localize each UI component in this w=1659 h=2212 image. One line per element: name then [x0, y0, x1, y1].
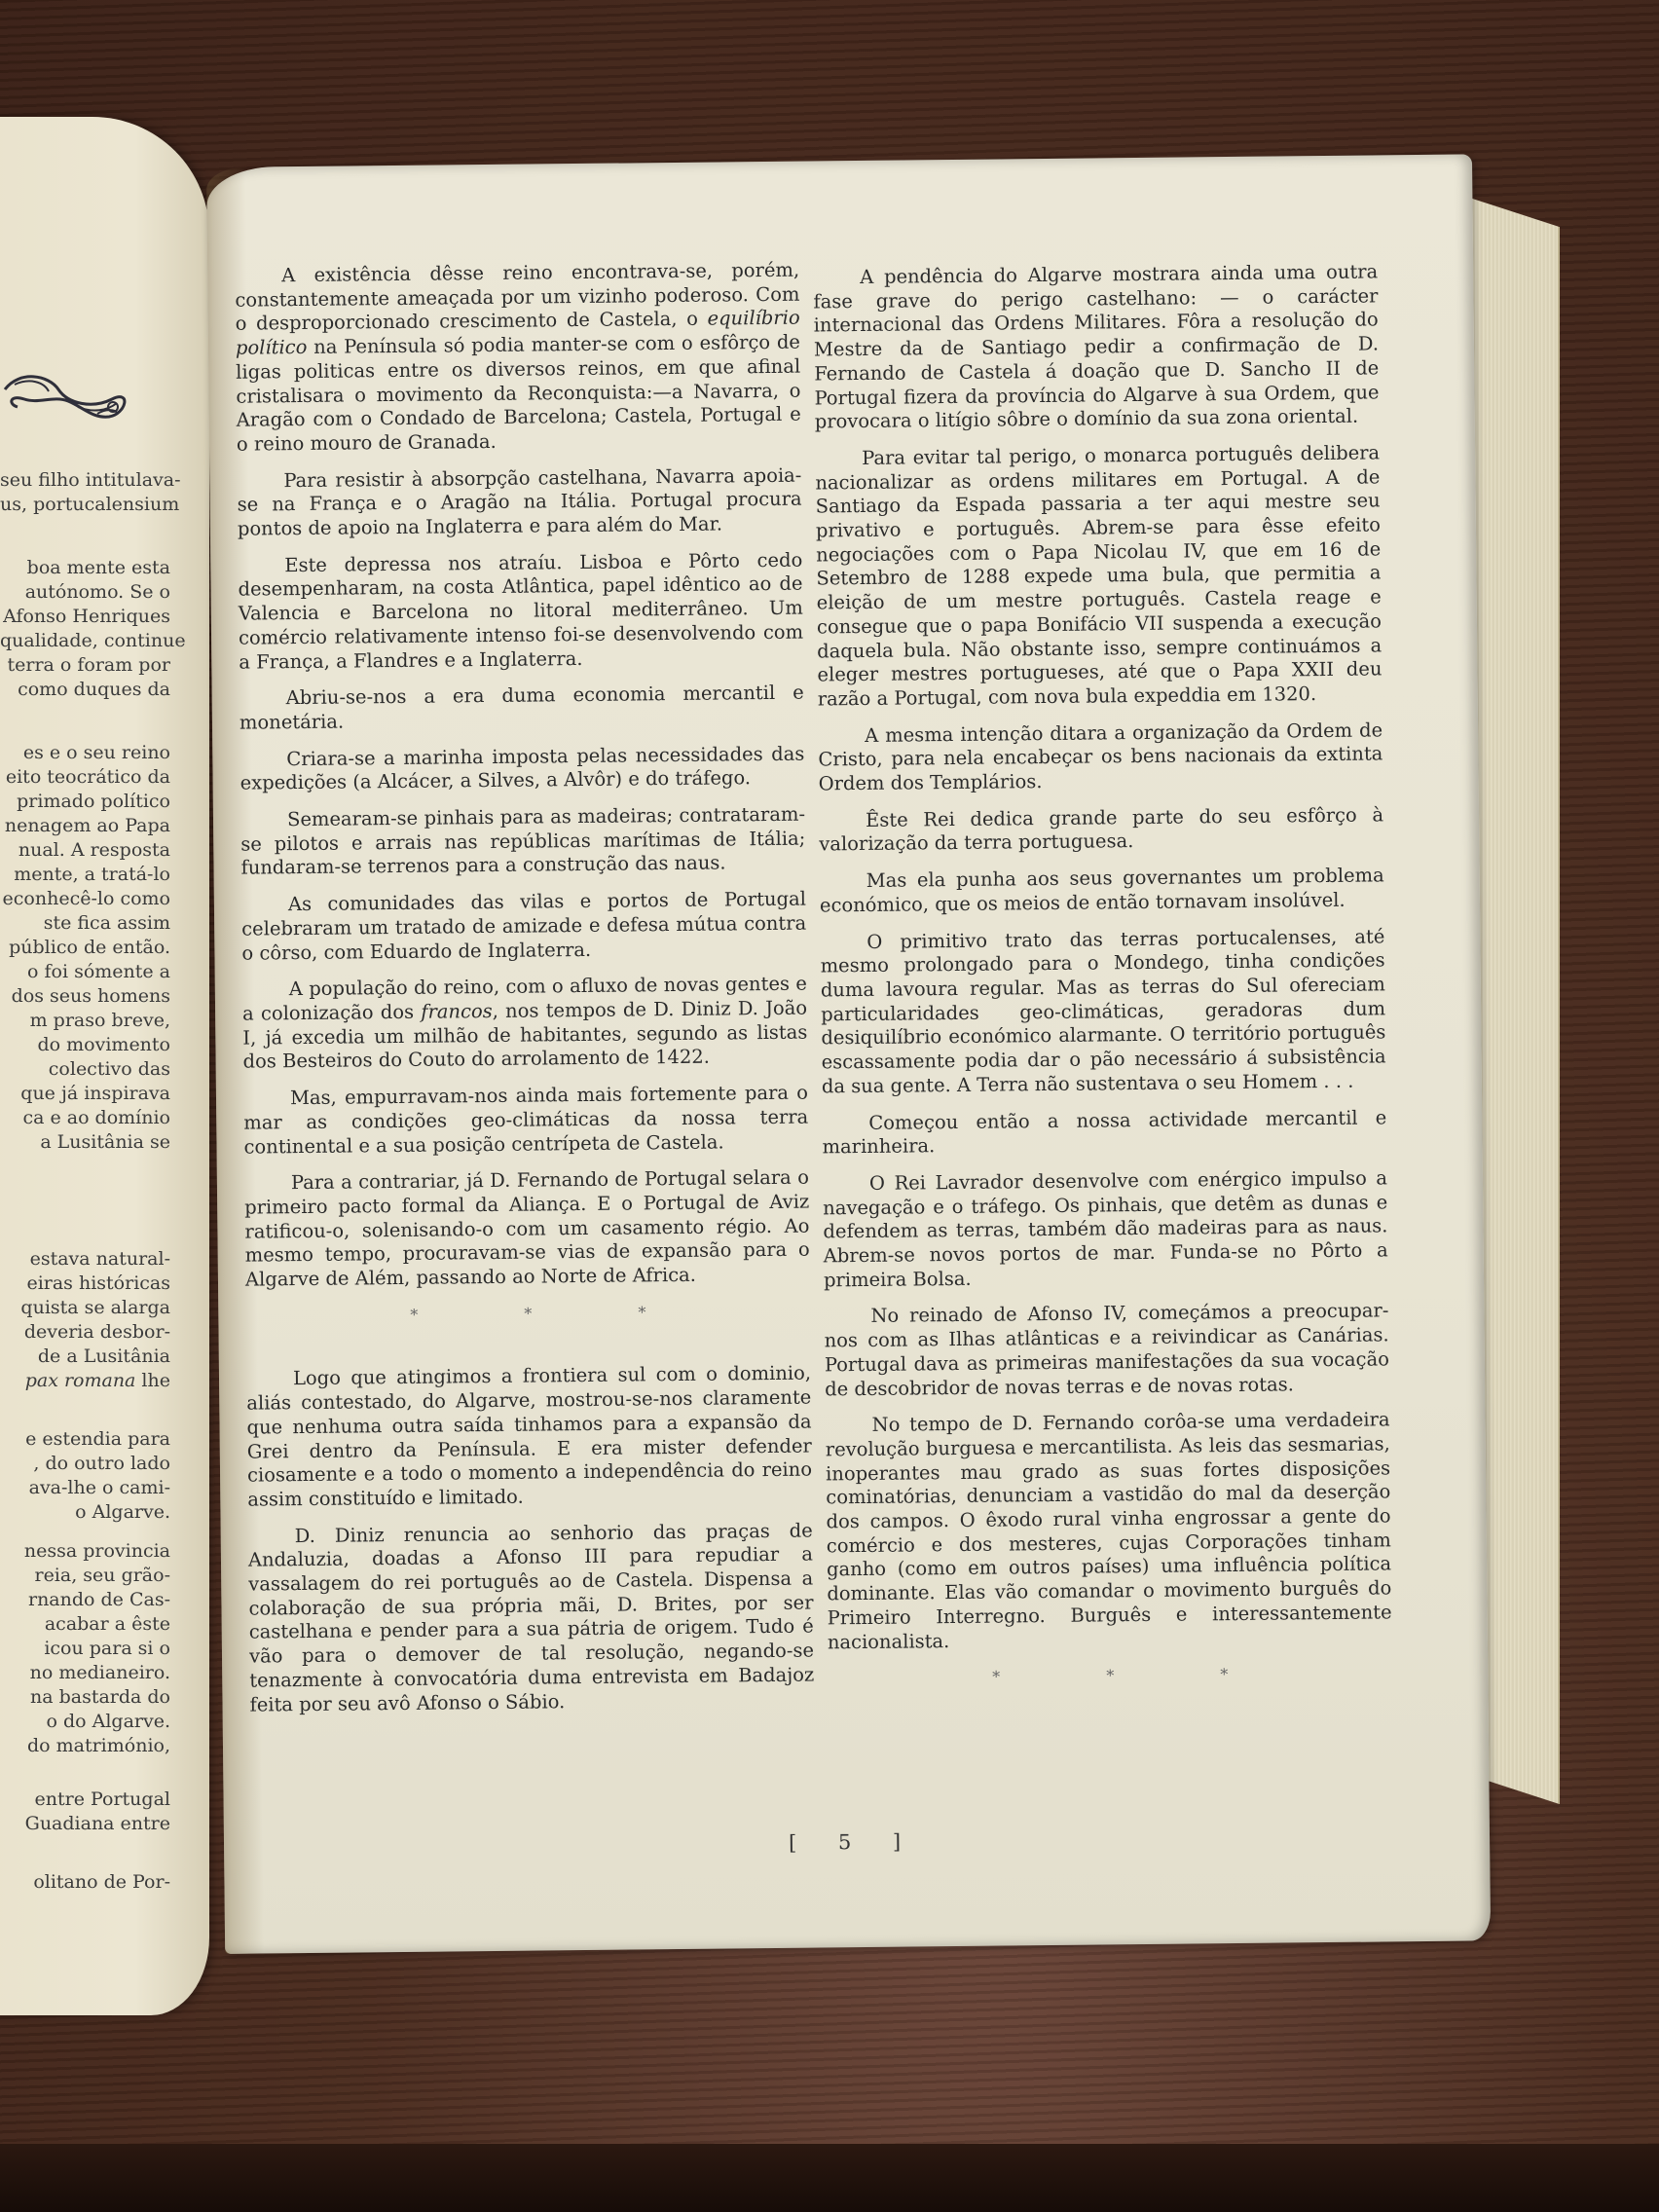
left-page-text-line: mente, a tratá-lo — [0, 862, 170, 887]
left-page-text-line: pax romana lhe — [0, 1368, 170, 1393]
left-page-text-line: na bastarda do — [0, 1684, 170, 1710]
paragraph: Logo que atingimos a frontiera sul com o… — [246, 1362, 813, 1512]
left-page-text-line: eito teocrático da — [0, 764, 170, 790]
paragraph-with-italic: A população do reino, com o afluxo de no… — [242, 973, 808, 1075]
left-page-text-line: econhecê-lo como — [0, 886, 170, 911]
paragraph: O primitivo trato das terras portucalens… — [820, 925, 1386, 1099]
left-page-text-line: estava natural- — [0, 1246, 170, 1272]
left-page-text-line: entre Portugal — [0, 1787, 170, 1812]
paragraph: Semearam-se pinhais para as madeiras; co… — [240, 803, 806, 881]
left-page-text-line: primado político — [0, 789, 170, 814]
paragraph: A mesma intenção ditara a organização da… — [818, 719, 1383, 796]
left-page-text-line: boa mente esta — [0, 555, 170, 580]
left-page-text-line: Afonso Henriques — [0, 604, 170, 629]
left-page-text-line: que já inspirava — [0, 1081, 170, 1106]
section-separator: * * * — [245, 1299, 810, 1329]
paragraph: D. Diniz renuncia ao senhorio das praças… — [248, 1519, 815, 1717]
paragraph: Este depressa nos atraíu. Lisboa e Pôrto… — [238, 548, 803, 675]
left-page-text-line: terra o foram por — [0, 652, 170, 678]
paragraph: Abriu-se-nos a era duma economia mercant… — [240, 682, 804, 735]
page-number: [ 5 ] — [789, 1829, 918, 1854]
italic-term: francos — [421, 1000, 493, 1023]
left-page-text-line: es e o seu reino — [0, 740, 170, 765]
paragraph: Êste Rei dedica grande parte do seu esfô… — [819, 803, 1383, 857]
paragraph: A existência dêsse reino encontrava-se, … — [235, 259, 801, 458]
paragraph: Para a contrariar, já D. Fernando de Por… — [244, 1166, 810, 1293]
left-page-text-line: olitano de Por- — [0, 1869, 170, 1895]
paragraph: No tempo de D. Fernando corôa-se uma ver… — [825, 1409, 1392, 1655]
left-page-text-line: o foi sómente a — [0, 959, 170, 984]
left-page-text-line: ca e ao domínio — [0, 1105, 170, 1130]
paragraph: O Rei Lavrador desenvolve com enérgico i… — [823, 1166, 1388, 1293]
left-page-text-line: ava-lhe o cami- — [0, 1475, 170, 1500]
left-page-text-line: dos seus homens — [0, 983, 170, 1009]
section-separator: * * * — [828, 1662, 1392, 1692]
left-page-text-line: nenagem ao Papa — [0, 813, 170, 838]
left-page: seu filho intitulava-us, portucalensiumb… — [0, 117, 209, 2015]
left-page-text-line: deveria desbor- — [0, 1319, 170, 1345]
left-page-text-line: o do Algarve. — [0, 1709, 170, 1734]
left-page-text-line: rnando de Cas- — [0, 1587, 170, 1612]
right-page: A existência dêsse reino encontrava-se, … — [206, 154, 1491, 1954]
left-page-text-line: icou para si o — [0, 1636, 170, 1661]
left-page-text-line: qualidade, continue — [0, 628, 170, 653]
paragraph: No reinado de Afonso IV, começámos a pre… — [824, 1300, 1389, 1402]
left-page-text-line: colectivo das — [0, 1056, 170, 1082]
paragraph: Para evitar tal perigo, o monarca portug… — [815, 441, 1382, 712]
left-page-text-line: us, portucalensium — [0, 492, 170, 517]
left-text-column: A existência dêsse reino encontrava-se, … — [235, 259, 815, 1730]
left-page-text-line: autónomo. Se o — [0, 579, 170, 605]
left-page-text-line: como duques da — [0, 677, 170, 702]
italic-term: pax romana — [25, 1370, 136, 1391]
paragraph: Mas, empurravam-nos ainda mais fortement… — [243, 1082, 809, 1160]
left-page-text-line: público de então. — [0, 935, 170, 960]
table-edge-shadow — [0, 2144, 1659, 2212]
left-page-text-line: nessa provincia — [0, 1538, 170, 1564]
left-page-text-line: , do outro lado — [0, 1451, 170, 1476]
paragraph: Começou então a nossa actividade mercant… — [822, 1106, 1386, 1160]
italic-term: equilíbrio político — [236, 307, 800, 359]
decorative-scroll-ornament-icon — [0, 370, 136, 428]
paragraph: A pendência do Algarve mostrara ainda um… — [813, 260, 1380, 434]
left-page-text-line: ste fica assim — [0, 910, 170, 936]
left-page-text-line: e estendia para — [0, 1426, 170, 1452]
left-page-text-line: m praso breve, — [0, 1008, 170, 1033]
left-page-text-line: quista se alarga — [0, 1295, 170, 1320]
left-page-text-line: seu filho intitulava- — [0, 467, 170, 493]
left-page-text-line: do movimento — [0, 1032, 170, 1057]
left-page-text-line: no medianeiro. — [0, 1660, 170, 1685]
left-page-text-line: eiras históricas — [0, 1271, 170, 1296]
right-text-column: A pendência do Algarve mostrara ainda um… — [813, 260, 1393, 1730]
left-page-text-line: de a Lusitânia — [0, 1344, 170, 1369]
left-page-text-line: acabar a êste — [0, 1611, 170, 1637]
left-page-text-line: nual. A resposta — [0, 837, 170, 863]
left-page-text-line: reia, seu grão- — [0, 1563, 170, 1588]
paragraph: Para resistir à absorpção castelhana, Na… — [237, 463, 802, 541]
paragraph: As comunidades das vilas e portos de Por… — [241, 888, 807, 966]
left-page-text-line: a Lusitânia se — [0, 1129, 170, 1155]
left-page-text-line: o Algarve. — [0, 1499, 170, 1525]
left-page-text-line: do matrimónio, — [0, 1733, 170, 1758]
paragraph: Criara-se a marinha imposta pelas necess… — [240, 742, 804, 795]
paragraph: Mas ela punha aos seus governantes um pr… — [820, 865, 1384, 918]
left-page-text-line: Guadiana entre — [0, 1811, 170, 1836]
